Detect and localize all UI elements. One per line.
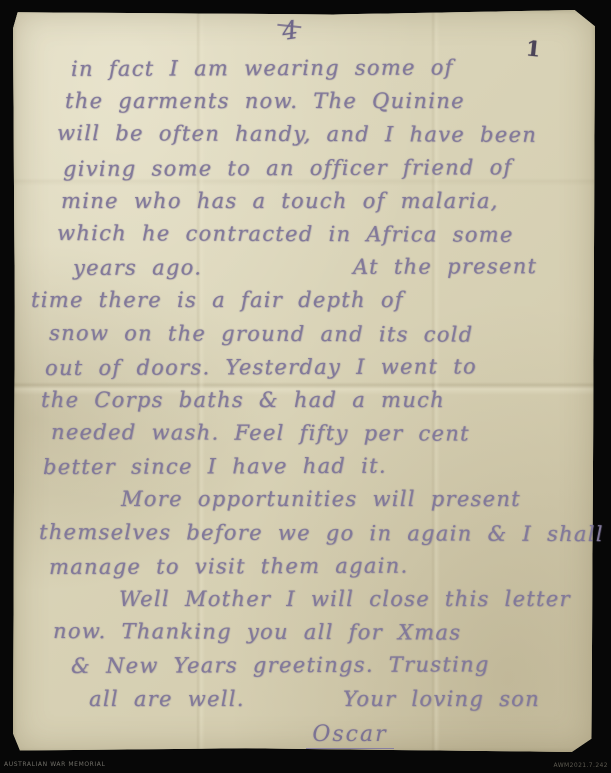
signature: Oscar xyxy=(306,722,393,749)
letter-line-text: in fact I am wearing some of xyxy=(71,55,454,80)
letter-line: mine who has a touch of malaria, xyxy=(57,189,571,222)
letter-line-text-right: At the present xyxy=(353,254,537,279)
letter-line-text: More opportunities will present xyxy=(121,487,521,511)
letter-line: out of doors. Yesterday I went to xyxy=(57,354,571,389)
letter-line-text: giving some to an officer friend of xyxy=(63,155,513,181)
letter-body: in fact I am wearing some ofthe garments… xyxy=(13,10,595,752)
letter-line: snow on the ground and its cold xyxy=(57,321,571,356)
letter-line: now. Thanking you all for Xmas xyxy=(57,619,571,654)
signature-line: Oscar xyxy=(57,722,571,749)
letter-line-text: mine who has a touch of malaria, xyxy=(61,189,499,213)
letter-line: in fact I am wearing some of xyxy=(57,55,571,90)
letter-line: years ago.At the present xyxy=(57,254,571,289)
letter-line-text: manage to visit them again. xyxy=(49,553,409,578)
letter-line: all are well.Your loving son xyxy=(57,687,571,720)
letter-line: the garments now. The Quinine xyxy=(57,89,571,122)
letter-line: Well Mother I will close this letter xyxy=(57,587,571,620)
letter-line-text: the Corps baths & had a much xyxy=(41,388,445,412)
letter-line: manage to visit them again. xyxy=(57,553,571,588)
letter-line: which he contracted in Africa some xyxy=(57,221,571,256)
letter-line-text: which he contracted in Africa some xyxy=(57,221,514,247)
letter-line-text: years ago. xyxy=(73,256,202,280)
letter-line-text: Well Mother I will close this letter xyxy=(119,587,571,611)
letter-line-text-right: Your loving son xyxy=(343,687,540,711)
letter-line-text: themselves before we go in again & I sha… xyxy=(39,520,604,546)
letter-line: & New Years greetings. Trusting xyxy=(57,652,571,687)
archive-label: AUSTRALIAN WAR MEMORIAL xyxy=(4,761,105,768)
catalog-number: AWM2021.7.242 xyxy=(554,762,608,769)
letter-line-text: now. Thanking you all for Xmas xyxy=(53,619,461,645)
letter-line: will be often handy, and I have been xyxy=(57,121,571,156)
letter-line-text: all are well. xyxy=(89,687,245,711)
letter-line: giving some to an officer friend of xyxy=(57,155,571,190)
letter-line-text: time there is a fair depth of xyxy=(31,288,404,312)
letter-line-text: will be often handy, and I have been xyxy=(57,121,537,147)
letter-line-text: needed wash. Feel fifty per cent xyxy=(51,420,470,446)
letter-line: needed wash. Feel fifty per cent xyxy=(57,420,571,455)
letter-line-text: better since I have had it. xyxy=(43,454,387,479)
letter-line-text: snow on the ground and its cold xyxy=(49,320,474,346)
letter-line: More opportunities will present xyxy=(57,487,571,520)
letter-line: themselves before we go in again & I sha… xyxy=(57,520,571,555)
letter-line-text: out of doors. Yesterday I went to xyxy=(45,354,477,380)
letter-line: better since I have had it. xyxy=(57,453,571,488)
letter-line: time there is a fair depth of xyxy=(57,288,571,321)
letter-line: the Corps baths & had a much xyxy=(57,388,571,421)
letter-line-text: the garments now. The Quinine xyxy=(65,89,465,113)
letter-line-text: & New Years greetings. Trusting xyxy=(71,653,490,679)
